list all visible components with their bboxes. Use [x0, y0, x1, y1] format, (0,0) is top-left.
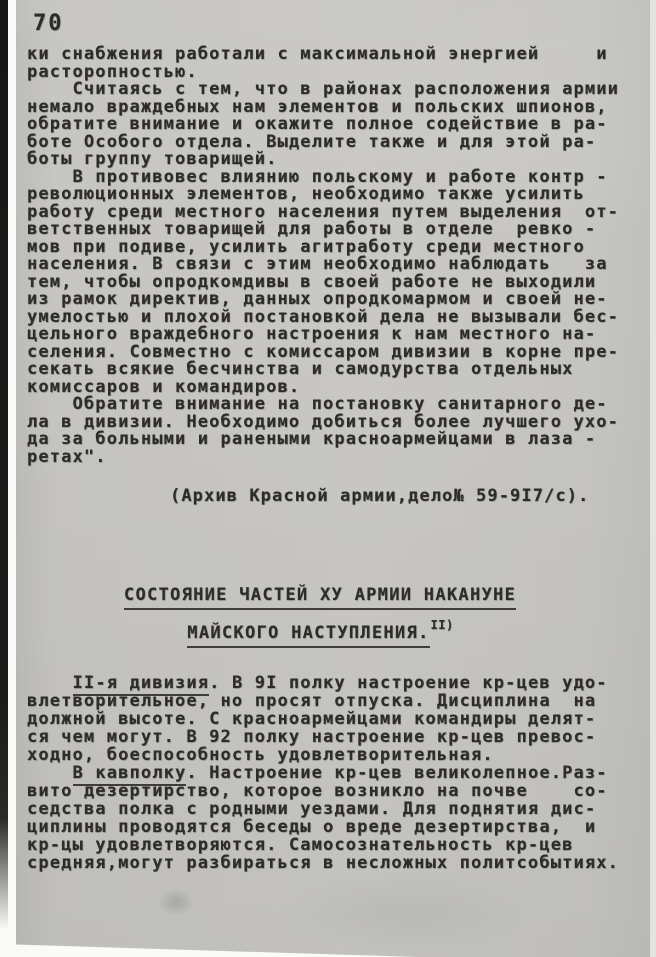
- text-line: должной высоте. С красноармейцами команд…: [27, 710, 645, 728]
- main-text-block: ки снабжения работали с максимальной эне…: [27, 46, 645, 466]
- text-line: секать всякие бесчинства и самодурства о…: [27, 361, 645, 379]
- book-gutter-shadow: [0, 0, 8, 930]
- text-segment: [27, 673, 73, 693]
- text-line: ретах".: [27, 449, 645, 467]
- page-number: 70: [33, 11, 64, 36]
- text-line: боты группу товарищей.: [27, 151, 645, 169]
- heading-line-1-text: СОСТОЯНИЕ ЧАСТЕЙ ХУ АРМИИ НАКАНУНЕ: [124, 585, 516, 610]
- text-segment: . Настроение кр-цев великолепное.Раз-: [186, 763, 607, 783]
- text-line: циплины проводятся беседы о вреде дезерт…: [27, 818, 645, 836]
- text-line: влетворительное, но просят отпуска. Дисц…: [27, 692, 645, 710]
- footnote-mark: II): [431, 618, 454, 632]
- archive-citation: (Архив Красной армии,дело№ 59-9I7/с).: [170, 486, 589, 506]
- heading-line-1: СОСТОЯНИЕ ЧАСТЕЙ ХУ АРМИИ НАКАНУНЕ: [20, 585, 620, 605]
- text-segment: . В 9I полку настроение кр-цев удо-: [209, 673, 607, 693]
- text-line: Считаясь с тем, что в районах расположен…: [27, 81, 645, 99]
- scanned-document-page: 70 ки снабжения работали с максимальной …: [0, 0, 656, 957]
- text-line: населения. В связи с этим необходимо наб…: [27, 256, 645, 274]
- text-line: вито дезертирство, которое возникло на п…: [27, 782, 645, 800]
- text-line: ходно, боеспособность удовлетворительная…: [27, 746, 645, 764]
- paper-sheet: 70 ки снабжения работали с максимальной …: [16, 0, 650, 957]
- heading-line-2: МАЙСКОГО НАСТУПЛЕНИЯ.II): [20, 620, 620, 643]
- text-line: обратите внимание и окажите полное содей…: [27, 116, 645, 134]
- heading-line-2-text: МАЙСКОГО НАСТУПЛЕНИЯ.: [187, 623, 429, 648]
- text-line: II-я дивизия. В 9I полку настроение кр-ц…: [27, 674, 645, 692]
- text-line: В кавполку. Настроение кр-цев великолепн…: [27, 764, 645, 782]
- text-line: средняя,могут разбираться в несложных по…: [27, 854, 645, 872]
- text-line: цельного враждебного настроения к нам ме…: [27, 326, 645, 344]
- text-line: кр-цы удовлетворяются. Самосознательност…: [27, 836, 645, 854]
- text-line: седства полка с родными уездами. Для под…: [27, 800, 645, 818]
- page-right-edge: [649, 0, 656, 957]
- text-line: ветственных товарищей для работы в отдел…: [27, 221, 645, 239]
- text-line: Обратите внимание на постановку санитарн…: [27, 396, 645, 414]
- text-line: ся чем могут. В 92 полку настроение кр-ц…: [27, 728, 645, 746]
- text-segment: [27, 763, 73, 783]
- text-line: ки снабжения работали с максимальной эне…: [27, 46, 645, 64]
- text-line: революционных элементов, необходимо такж…: [27, 186, 645, 204]
- division-section-block: II-я дивизия. В 9I полку настроение кр-ц…: [27, 674, 645, 872]
- section-heading: СОСТОЯНИЕ ЧАСТЕЙ ХУ АРМИИ НАКАНУНЕ МАЙСК…: [20, 585, 620, 643]
- text-line: из рамок директив, данных опродкомармом …: [27, 291, 645, 309]
- text-line: да за больными и ранеными красноармейцам…: [27, 431, 645, 449]
